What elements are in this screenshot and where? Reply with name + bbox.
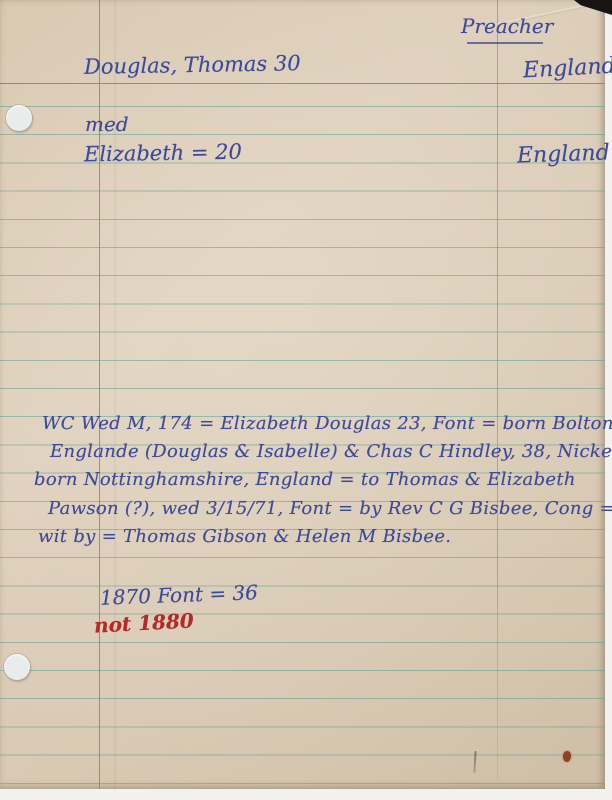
note-line-4: Pawson (?), wed 3/15/71, Font = by Rev C… <box>48 495 612 523</box>
scanned-page: Preacher Douglas, Thomas 30 England med … <box>0 0 612 800</box>
right-margin-line <box>497 0 498 780</box>
paper-sheet: Preacher Douglas, Thomas 30 England med … <box>0 0 605 789</box>
punch-hole-bottom <box>4 654 30 680</box>
top-margin-line <box>0 83 605 84</box>
punch-hole-top <box>6 105 32 131</box>
bride-birthplace: England <box>517 140 611 168</box>
groom-birthplace: England <box>522 54 612 84</box>
married-abbreviation: med <box>85 112 129 136</box>
note-line-3: born Nottinghamshire, England = to Thoma… <box>34 466 609 494</box>
note-line-2: Englande (Douglas & Isabelle) & Chas C H… <box>50 438 612 466</box>
groom-name-line: Douglas, Thomas 30 <box>84 51 301 79</box>
header-preacher: Preacher <box>461 14 553 38</box>
header-underline <box>467 42 543 44</box>
note-line-5: wit by = Thomas Gibson & Helen M Bisbee. <box>38 523 612 551</box>
bride-name-line: Elizabeth = 20 <box>84 140 242 167</box>
record-note: WC Wed M, 174 = Elizabeth Douglas 23, Fo… <box>34 410 609 551</box>
note-line-1: WC Wed M, 174 = Elizabeth Douglas 23, Fo… <box>42 410 612 438</box>
